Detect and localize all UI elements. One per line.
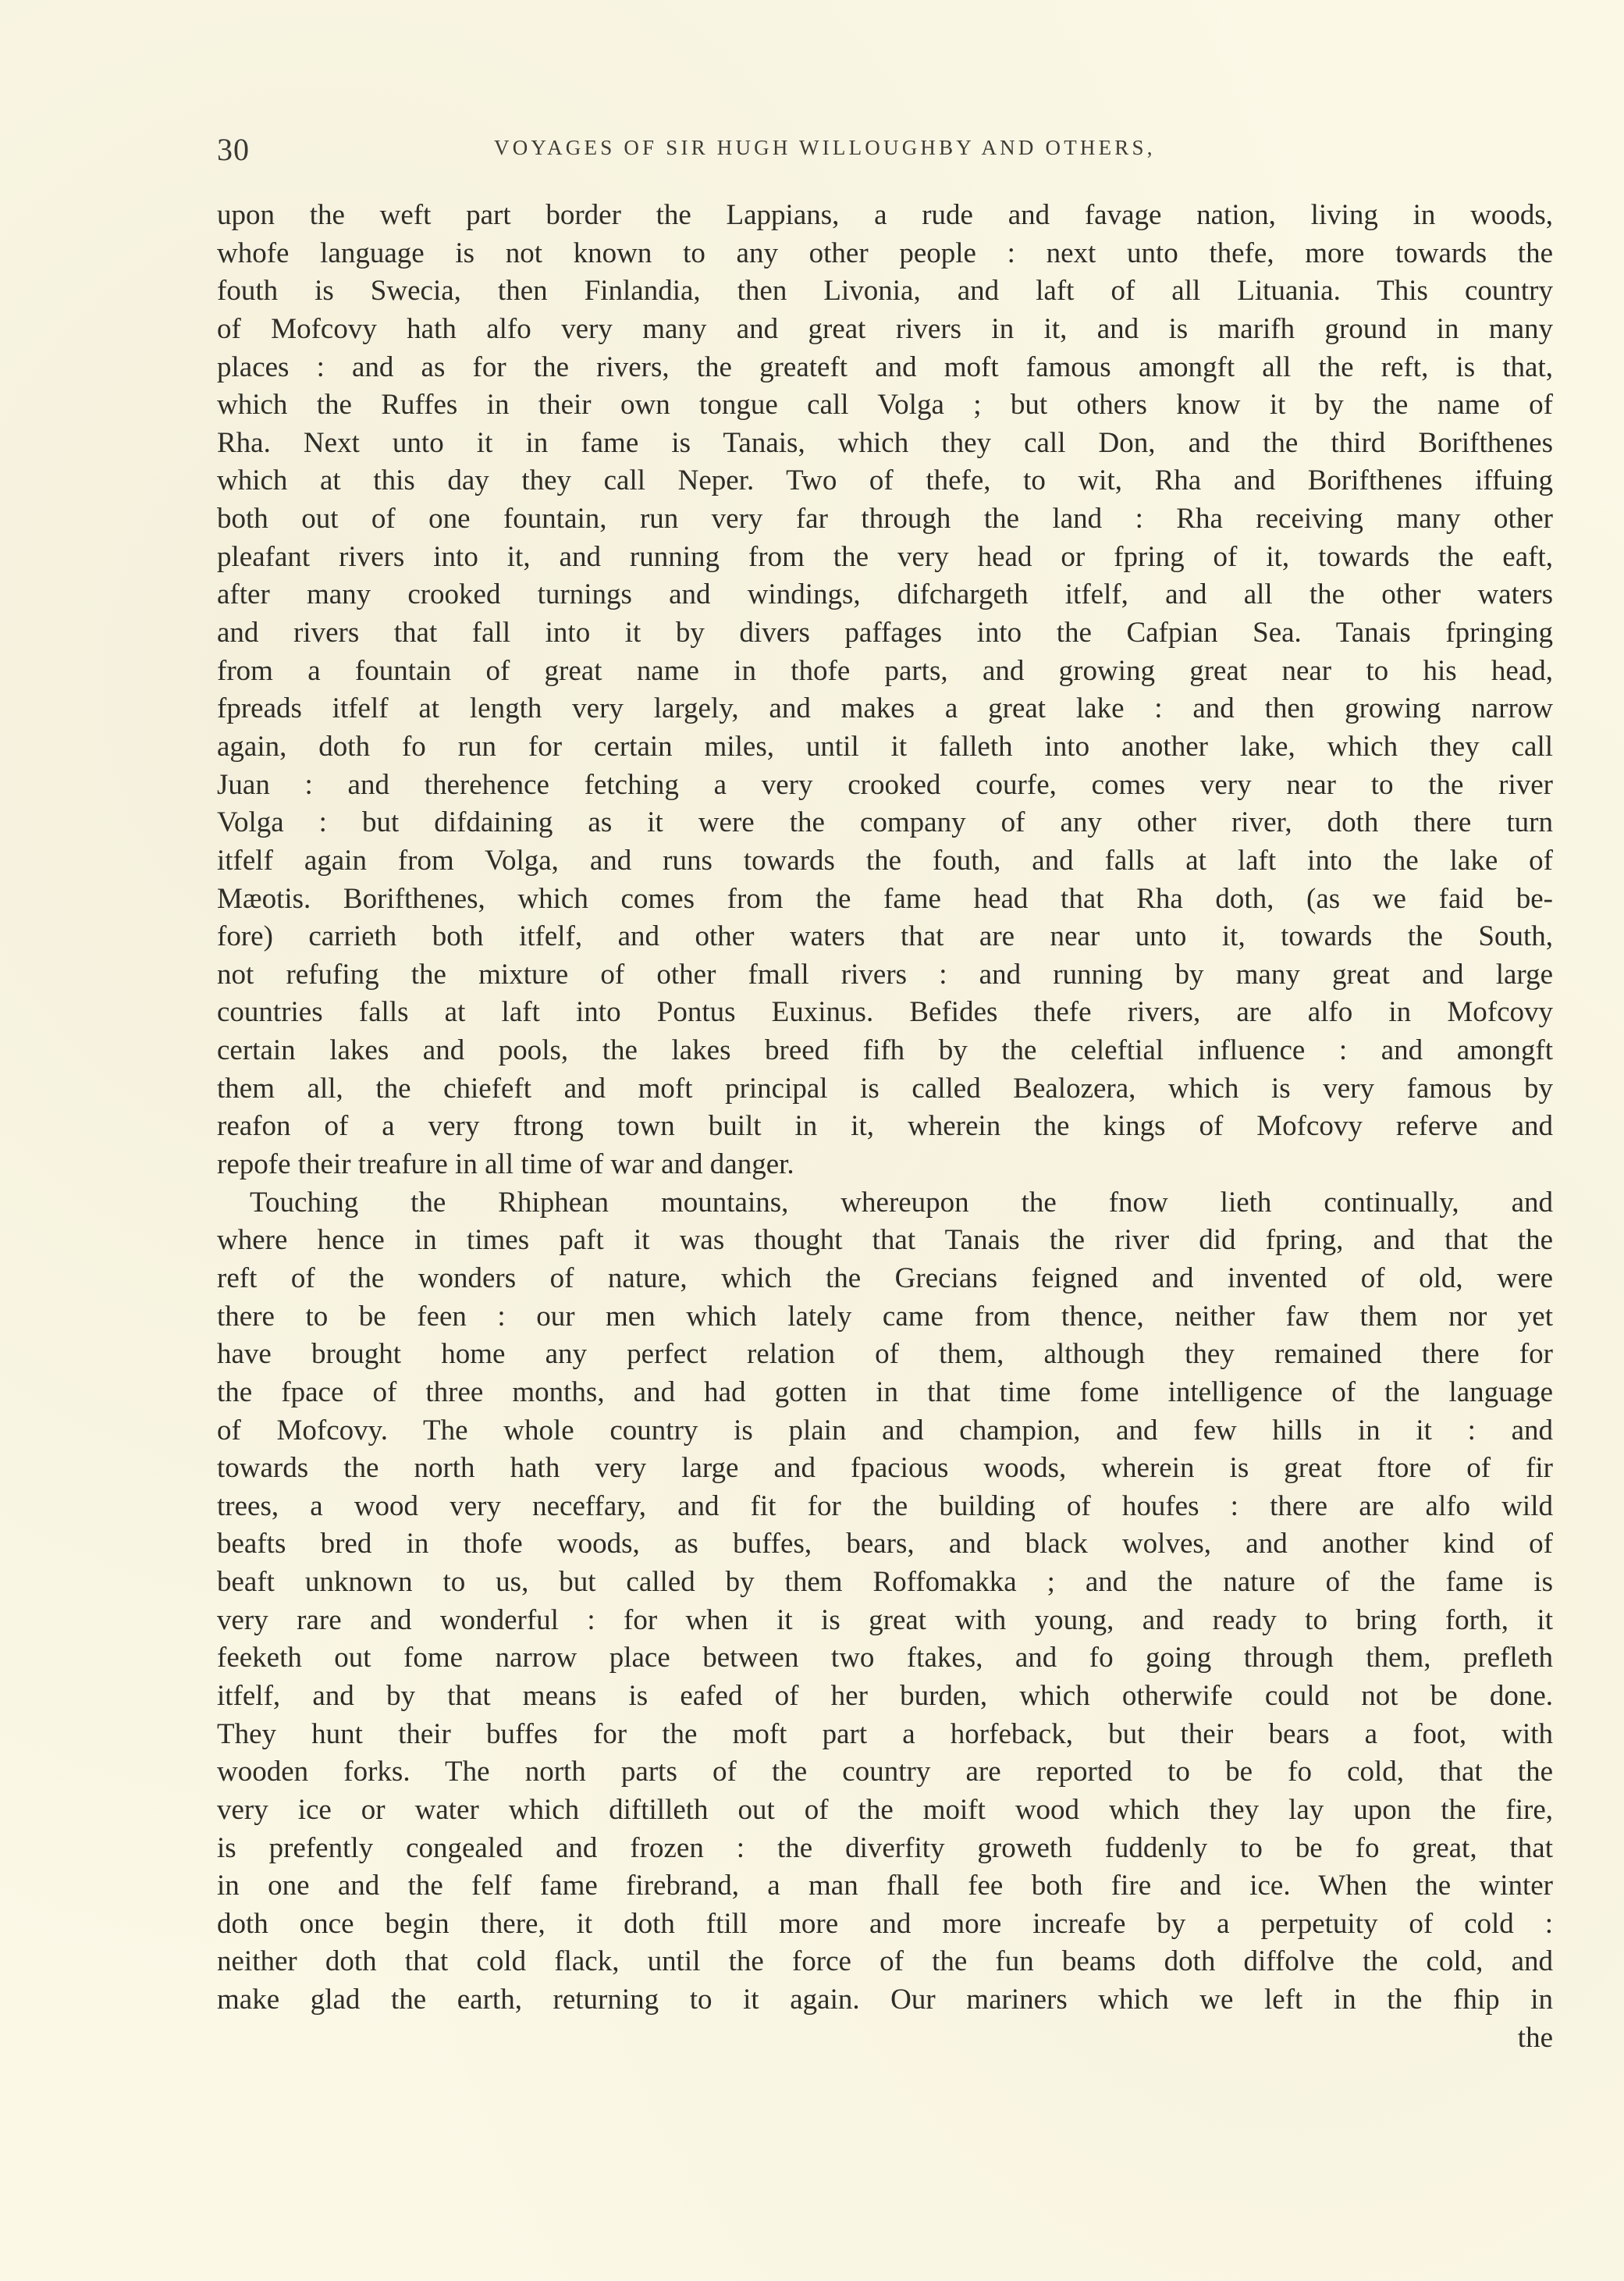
catchword: the [217,2019,1553,2058]
body-text: upon the weft part border the Lappians, … [217,197,1553,2057]
text-line: again, doth fo run for certain miles, un… [217,728,1553,767]
text-line: the fpace of three months, and had gotte… [217,1374,1553,1412]
text-line-paragraph-end: repofe their treafure in all time of war… [217,1146,1553,1184]
text-line: Mæotis. Borifthenes, which comes from th… [217,881,1553,919]
text-line: itfelf, and by that means is eafed of he… [217,1678,1553,1716]
text-line: of Mofcovy. The whole country is plain a… [217,1412,1553,1450]
running-head: VOYAGES OF SIR HUGH WILLOUGHBY AND OTHER… [494,136,1156,160]
text-line: have brought home any perfect relation o… [217,1336,1553,1374]
text-line: which the Ruffes in their own tongue cal… [217,386,1553,425]
text-line: make glad the earth, returning to it aga… [217,1981,1553,2019]
text-line: wooden forks. The north parts of the cou… [217,1753,1553,1792]
text-line: doth once begin there, it doth ftill mor… [217,1906,1553,1944]
text-line: trees, a wood very neceffary, and fit fo… [217,1488,1553,1526]
text-line: Juan : and therehence fetching a very cr… [217,767,1553,805]
text-line: beafts bred in thofe woods, as buffes, b… [217,1525,1553,1564]
text-line: towards the north hath very large and fp… [217,1450,1553,1488]
text-line: whofe language is not known to any other… [217,235,1553,273]
text-line: and rivers that fall into it by divers p… [217,614,1553,653]
text-line: certain lakes and pools, the lakes breed… [217,1032,1553,1070]
text-line: Rha. Next unto it in fame is Tanais, whi… [217,425,1553,463]
text-line: in one and the felf fame firebrand, a ma… [217,1867,1553,1906]
text-line: very ice or water which diftilleth out o… [217,1792,1553,1830]
text-line: is prefently congealed and frozen : the … [217,1830,1553,1868]
text-line: fouth is Swecia, then Finlandia, then Li… [217,272,1553,311]
text-line: places : and as for the rivers, the grea… [217,349,1553,387]
text-line: Volga : but difdaining as it were the co… [217,804,1553,842]
text-line: which at this day they call Neper. Two o… [217,462,1553,500]
text-line: itfelf again from Volga, and runs toward… [217,842,1553,881]
text-line-paragraph-start: Touching the Rhiphean mountains, whereup… [217,1184,1553,1222]
text-line: pleafant rivers into it, and running fro… [217,539,1553,577]
text-line: from a fountain of great name in thofe p… [217,653,1553,691]
text-line: neither doth that cold flack, until the … [217,1943,1553,1981]
text-line: They hunt their buffes for the moft part… [217,1716,1553,1754]
text-line: reft of the wonders of nature, which the… [217,1260,1553,1298]
text-line: reafon of a very ftrong town built in it… [217,1108,1553,1146]
text-line: upon the weft part border the Lappians, … [217,197,1553,235]
text-line: them all, the chiefeft and moft principa… [217,1070,1553,1108]
text-line: of Mofcovy hath alfo very many and great… [217,311,1553,349]
page-header: 30 VOYAGES OF SIR HUGH WILLOUGHBY AND OT… [217,131,1553,170]
text-line: there to be feen : our men which lately … [217,1298,1553,1336]
text-line: very rare and wonderful : for when it is… [217,1602,1553,1640]
text-line: not refufing the mixture of other fmall … [217,956,1553,995]
page-number: 30 [217,131,250,168]
text-line: beaft unknown to us, but called by them … [217,1564,1553,1602]
text-line: feeketh out fome narrow place between tw… [217,1639,1553,1678]
text-line: after many crooked turnings and windings… [217,576,1553,614]
text-line: both out of one fountain, run very far t… [217,500,1553,539]
text-line: fore) carrieth both itfelf, and other wa… [217,918,1553,956]
text-line: where hence in times paft it was thought… [217,1222,1553,1260]
text-line: countries falls at laft into Pontus Euxi… [217,994,1553,1032]
text-line: fpreads itfelf at length very largely, a… [217,690,1553,728]
